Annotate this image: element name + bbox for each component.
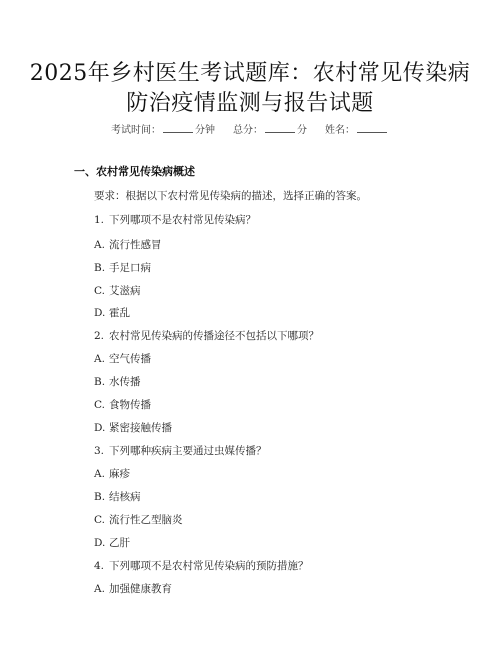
option-text: 结核病 — [109, 491, 141, 503]
option-letter: D. — [94, 537, 109, 549]
question-1-option-d: D.霍乱 — [94, 305, 130, 320]
option-letter: D. — [94, 422, 109, 434]
question-2-option-d: D.紧密接触传播 — [94, 420, 172, 435]
option-letter: A. — [94, 239, 109, 251]
document-title-line-2: 防治疫情监测与报告试题 — [0, 90, 500, 118]
question-2: 2.农村常见传染病的传播途径不包括以下哪项？ — [94, 328, 319, 343]
option-letter: A. — [94, 583, 109, 595]
total-score-blank — [265, 123, 295, 133]
total-score-unit: 分 — [297, 125, 307, 136]
option-letter: B. — [94, 491, 109, 503]
question-2-option-a: A.空气传播 — [94, 351, 151, 366]
option-text: 水传播 — [109, 376, 141, 388]
question-text: 下列哪项不是农村常见传染病？ — [109, 214, 256, 226]
option-letter: B. — [94, 376, 109, 388]
option-text: 艾滋病 — [109, 285, 141, 297]
question-1-option-b: B.手足口病 — [94, 260, 151, 275]
total-score-label: 总分： — [233, 125, 263, 136]
section-heading: 一、农村常见传染病概述 — [74, 163, 195, 179]
exam-time-unit: 分钟 — [195, 125, 215, 136]
exam-time-label: 考试时间： — [111, 125, 161, 136]
option-text: 加强健康教育 — [109, 583, 172, 595]
option-text: 紧密接触传播 — [109, 422, 172, 434]
option-letter: C. — [94, 514, 109, 526]
document-title-line-1: 2025年乡村医生考试题库：农村常见传染病 — [0, 60, 500, 88]
question-3: 3.下列哪种疾病主要通过虫媒传播？ — [94, 443, 267, 458]
question-3-option-b: B.结核病 — [94, 489, 141, 504]
name-blank — [357, 123, 387, 133]
question-1: 1.下列哪项不是农村常见传染病？ — [94, 212, 256, 227]
option-text: 流行性感冒 — [109, 239, 162, 251]
option-text: 乙肝 — [109, 537, 130, 549]
question-4: 4.下列哪项不是农村常见传染病的预防措施？ — [94, 558, 309, 573]
option-letter: A. — [94, 468, 109, 480]
document-page: 2025年乡村医生考试题库：农村常见传染病 防治疫情监测与报告试题 考试时间：分… — [0, 0, 500, 647]
option-text: 空气传播 — [109, 353, 151, 365]
exam-time-blank — [163, 123, 193, 133]
option-letter: B. — [94, 262, 109, 274]
question-3-option-c: C.流行性乙型脑炎 — [94, 512, 183, 527]
question-3-option-d: D.乙肝 — [94, 535, 130, 550]
option-letter: D. — [94, 307, 109, 319]
option-text: 麻疹 — [109, 468, 130, 480]
question-1-option-a: A.流行性感冒 — [94, 237, 162, 252]
question-number: 3. — [94, 445, 109, 457]
section-instruction: 要求：根据以下农村常见传染病的描述，选择正确的答案。 — [94, 188, 367, 203]
question-text: 农村常见传染病的传播途径不包括以下哪项？ — [109, 330, 319, 342]
exam-meta-line: 考试时间：分钟总分：分姓名： — [0, 121, 500, 136]
option-letter: C. — [94, 285, 109, 297]
question-1-option-c: C.艾滋病 — [94, 283, 141, 298]
question-text: 下列哪项不是农村常见传染病的预防措施？ — [109, 560, 309, 572]
question-3-option-a: A.麻疹 — [94, 466, 130, 481]
option-text: 手足口病 — [109, 262, 151, 274]
question-number: 2. — [94, 330, 109, 342]
question-2-option-b: B.水传播 — [94, 374, 141, 389]
question-text: 下列哪种疾病主要通过虫媒传播？ — [109, 445, 267, 457]
question-4-option-a: A.加强健康教育 — [94, 581, 172, 596]
option-text: 流行性乙型脑炎 — [109, 514, 183, 526]
name-label: 姓名： — [325, 125, 355, 136]
question-number: 4. — [94, 560, 109, 572]
option-text: 霍乱 — [109, 307, 130, 319]
option-letter: A. — [94, 353, 109, 365]
option-letter: C. — [94, 399, 109, 411]
question-number: 1. — [94, 214, 109, 226]
option-text: 食物传播 — [109, 399, 151, 411]
question-2-option-c: C.食物传播 — [94, 397, 151, 412]
